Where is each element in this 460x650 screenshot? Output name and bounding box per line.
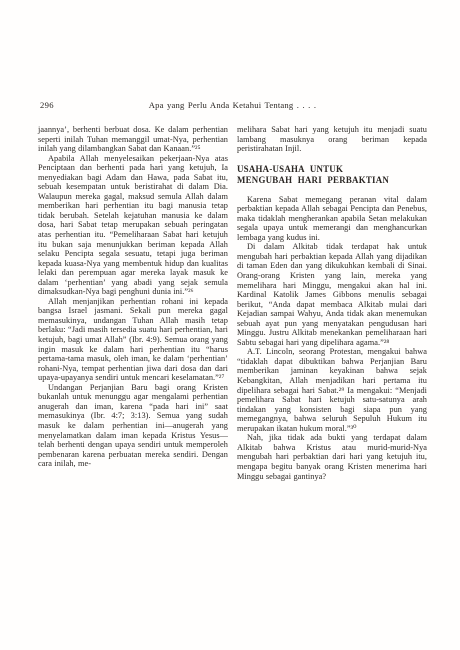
right-column: melihara Sabat hari yang ketujuh itu men… [237,125,427,481]
paragraph: Undangan Perjanjian Baru bagi orang Kris… [38,383,228,469]
paragraph: Nah, jika tidak ada bukti yang terdapat … [237,433,427,481]
two-column-layout: jaannya’, berhenti berbuat dosa. Ke dala… [38,125,427,481]
paragraph: Di dalam Alkitab tidak terdapat hak untu… [237,242,427,347]
paragraph: Allah menjanjikan perhentian rohani ini … [38,297,228,383]
section-heading-line-2: MENGUBAH HARI PERBAKTIAN [237,175,427,186]
paragraph: Apabila Allah menyelesaikan pekerjaan-Ny… [38,154,228,297]
running-title: Apa yang Perlu Anda Ketahui Tentang . . … [38,99,427,112]
paragraph: Karena Sabat memegang peranan vital dala… [237,195,427,243]
page-number: 296 [40,99,54,112]
paragraph-continuation: jaannya’, berhenti berbuat dosa. Ke dala… [38,125,228,154]
paragraph: A.T. Lincoln, seorang Protestan, mengaku… [237,347,427,433]
book-page: 296 Apa yang Perlu Anda Ketahui Tentang … [0,0,460,650]
paragraph-continuation: melihara Sabat hari yang ketujuh itu men… [237,125,427,154]
page-header: 296 Apa yang Perlu Anda Ketahui Tentang … [38,99,427,112]
page-content: 296 Apa yang Perlu Anda Ketahui Tentang … [38,99,427,481]
left-column: jaannya’, berhenti berbuat dosa. Ke dala… [38,125,228,481]
section-heading: USAHA-USAHA UNTUK MENGUBAH HARI PERBAKTI… [237,164,427,186]
section-heading-line-1: USAHA-USAHA UNTUK [237,164,427,175]
